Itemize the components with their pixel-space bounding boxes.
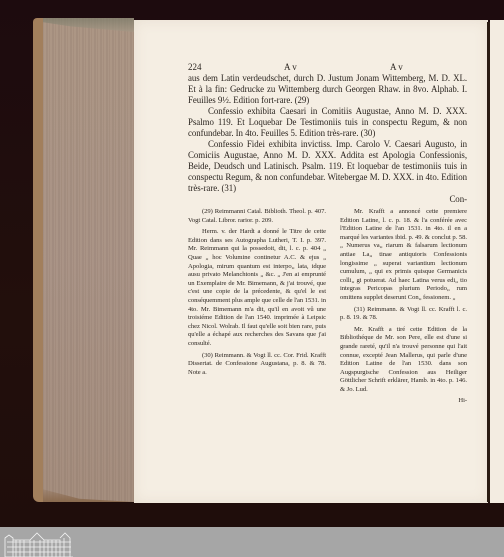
footnote-31-commentary: Mr. Krafft a tiré cette Edition de la Bi… (340, 326, 467, 395)
footnote-30: (30) Reimmann. & Vogt ll. cc. Cor. Frid.… (188, 352, 326, 378)
footnote-30-commentary: Mr. Krafft a annoncé cette premiere Edit… (340, 208, 467, 303)
paragraph-3: Confessio Fidei exhibita invictiss. Imp.… (188, 139, 467, 194)
catchword: Con- (188, 194, 467, 205)
paragraph-2: Confessio exhibita Caesari in Comitiis A… (188, 106, 467, 139)
footnote-catchword: Hi- (340, 397, 467, 406)
book-page-edges (33, 18, 134, 502)
facing-page-edge (490, 20, 504, 503)
running-head-right: A v (390, 62, 403, 72)
footnote-29-commentary: Herm. v. der Hardt a donné le Titre de c… (188, 228, 326, 348)
footer-bar (0, 527, 504, 557)
page-number: 224 (188, 62, 202, 72)
running-head-left: A v (284, 62, 297, 72)
main-text: aus dem Latin verdeudschet, durch D. Jus… (188, 73, 467, 205)
footnote-29: (29) Reimmanni Catal. Biblioth. Theol. p… (188, 208, 326, 225)
paragraph-1: aus dem Latin verdeudschet, durch D. Jus… (188, 73, 467, 106)
footnotes-right-column: Mr. Krafft a annoncé cette premiere Edit… (340, 208, 467, 409)
library-building-logo-icon (4, 530, 74, 557)
footnotes-left-column: (29) Reimmanni Catal. Biblioth. Theol. p… (188, 208, 326, 380)
footnote-31: (31) Reimmann. & Vogt ll. cc. Krafft l. … (340, 306, 467, 323)
